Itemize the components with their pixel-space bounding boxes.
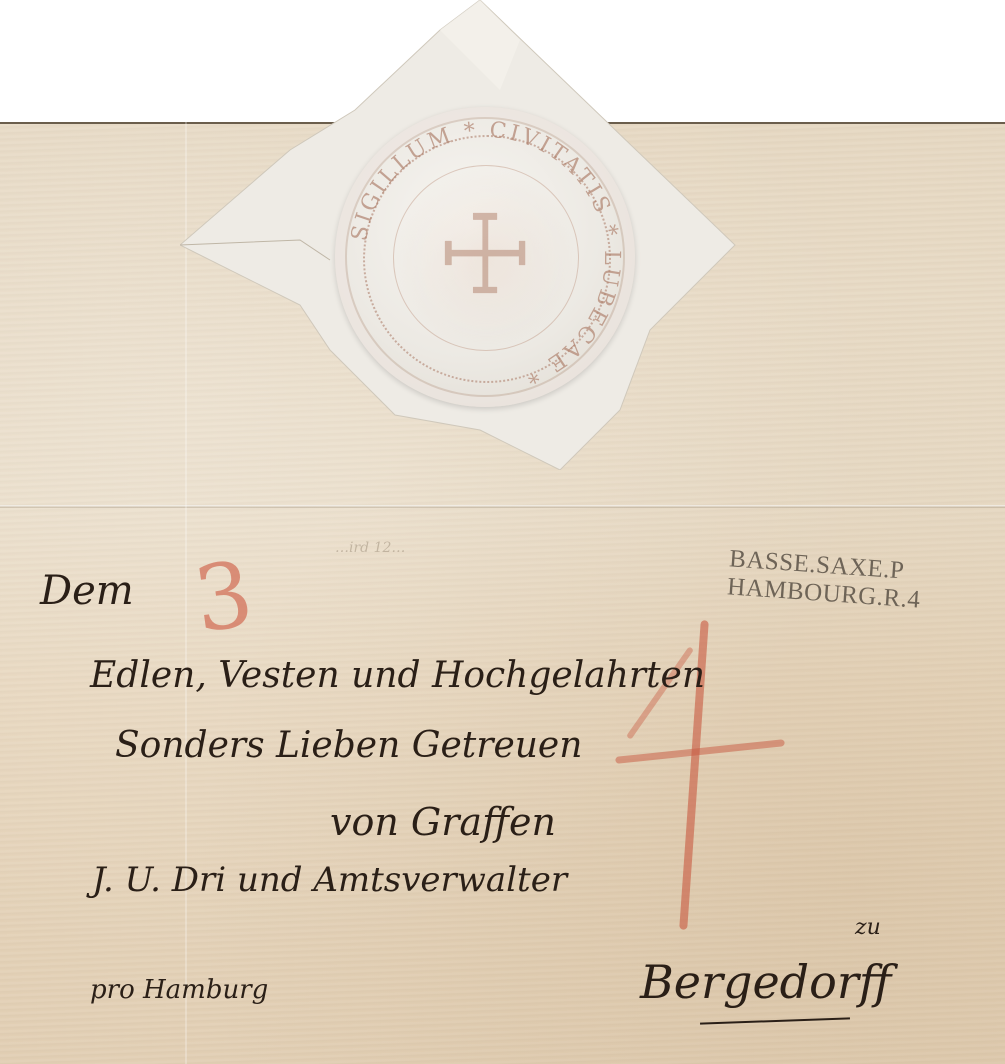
horizontal-fold-line	[0, 505, 1005, 508]
address-zu: zu	[855, 915, 881, 940]
address-line-3: von Graffen	[330, 800, 556, 844]
address-line-1: Edlen, Vesten und Hochgelahrten	[90, 655, 705, 696]
address-salutation: Dem	[40, 568, 134, 614]
vertical-fold-line	[185, 122, 187, 1064]
address-line-2: Sonders Lieben Getreuen	[115, 725, 582, 766]
address-destination: Bergedorff	[640, 955, 891, 1009]
double-headed-eagle-icon: ☩	[425, 185, 545, 325]
faint-pencil-note: …ird 12…	[335, 540, 405, 556]
address-line-4: J. U. Dri und Amtsverwalter	[92, 860, 567, 900]
routing-instruction: pro Hamburg	[90, 975, 268, 1005]
